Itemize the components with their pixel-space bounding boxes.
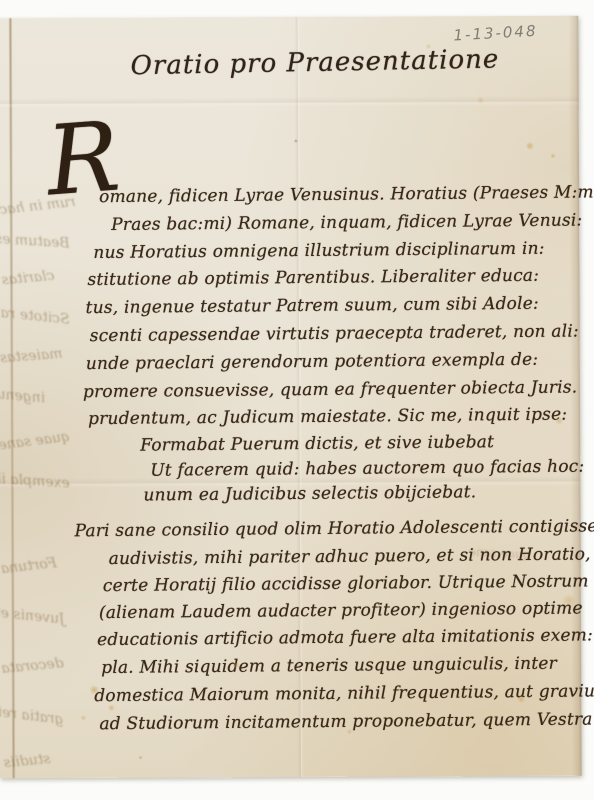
showthrough-fragment: decorata bbox=[1, 655, 65, 677]
manuscript-line: Praes bac:mi) Romane, inquam, fidicen Ly… bbox=[111, 210, 582, 235]
page-title: Oratio pro Praesentatione bbox=[130, 45, 499, 82]
scanned-manuscript-page: rum in hac Beatum est claritas Scitote r… bbox=[0, 0, 594, 800]
manuscript-line: scenti capessendae virtutis praecepta tr… bbox=[90, 321, 579, 346]
manuscript-line: promere consuevisse, quam ea frequenter … bbox=[83, 377, 578, 402]
manuscript-line: nus Horatius omnigena illustrium discipl… bbox=[93, 239, 544, 263]
manuscript-line: (alienam Laudem audacter profiteor) inge… bbox=[99, 598, 583, 623]
verse-line: Ut facerem quid: habes auctorem quo faci… bbox=[150, 457, 584, 481]
archival-number: 1-13-048 bbox=[453, 22, 538, 45]
manuscript-line: tus, ingenue testatur Patrem suum, cum s… bbox=[86, 294, 539, 318]
showthrough-fragment: Fortuna bbox=[0, 555, 57, 577]
manuscript-line: prudentum, ac Judicum maiestate. Sic me,… bbox=[88, 405, 567, 430]
verse-line: Formabat Puerum dictis, et sive iubebat bbox=[140, 432, 494, 455]
manuscript-line: ad Studiorum incitamentum proponebatur, … bbox=[99, 709, 594, 734]
showthrough-fragment: claritas bbox=[1, 268, 55, 289]
left-fold-crease bbox=[9, 18, 14, 778]
showthrough-fragment: studiis bbox=[3, 751, 51, 771]
verse-line: unum ea Judicibus selectis obijciebat. bbox=[143, 482, 476, 505]
manuscript-line: unde praeclari gerendorum potentiora exe… bbox=[86, 350, 539, 374]
showthrough-fragment: ingenui bbox=[0, 386, 46, 406]
manuscript-line: pla. Mihi siquidem a teneris usque ungui… bbox=[101, 654, 557, 678]
manuscript-line: domestica Maiorum monita, nihil frequent… bbox=[94, 681, 594, 706]
showthrough-fragment: maiestas bbox=[0, 346, 63, 367]
manuscript-line: educationis artificio admota fuere alta … bbox=[97, 625, 593, 650]
showthrough-fragment: gratia rei bbox=[0, 704, 64, 728]
showthrough-fragment: Juvenis et bbox=[0, 605, 65, 628]
manuscript-line: stitutione ab optimis Parentibus. Libera… bbox=[87, 266, 539, 290]
paper-sheet: rum in hac Beatum est claritas Scitote r… bbox=[0, 16, 582, 779]
manuscript-line: audivistis, mihi pariter adhuc puero, et… bbox=[109, 544, 591, 569]
manuscript-line: certe Horatij filio accidisse gloriabor.… bbox=[103, 571, 589, 596]
manuscript-line: Pari sane consilio quod olim Horatio Ado… bbox=[74, 516, 594, 541]
manuscript-line: omane, fidicen Lyrae Venusinus. Horatius… bbox=[99, 182, 594, 207]
